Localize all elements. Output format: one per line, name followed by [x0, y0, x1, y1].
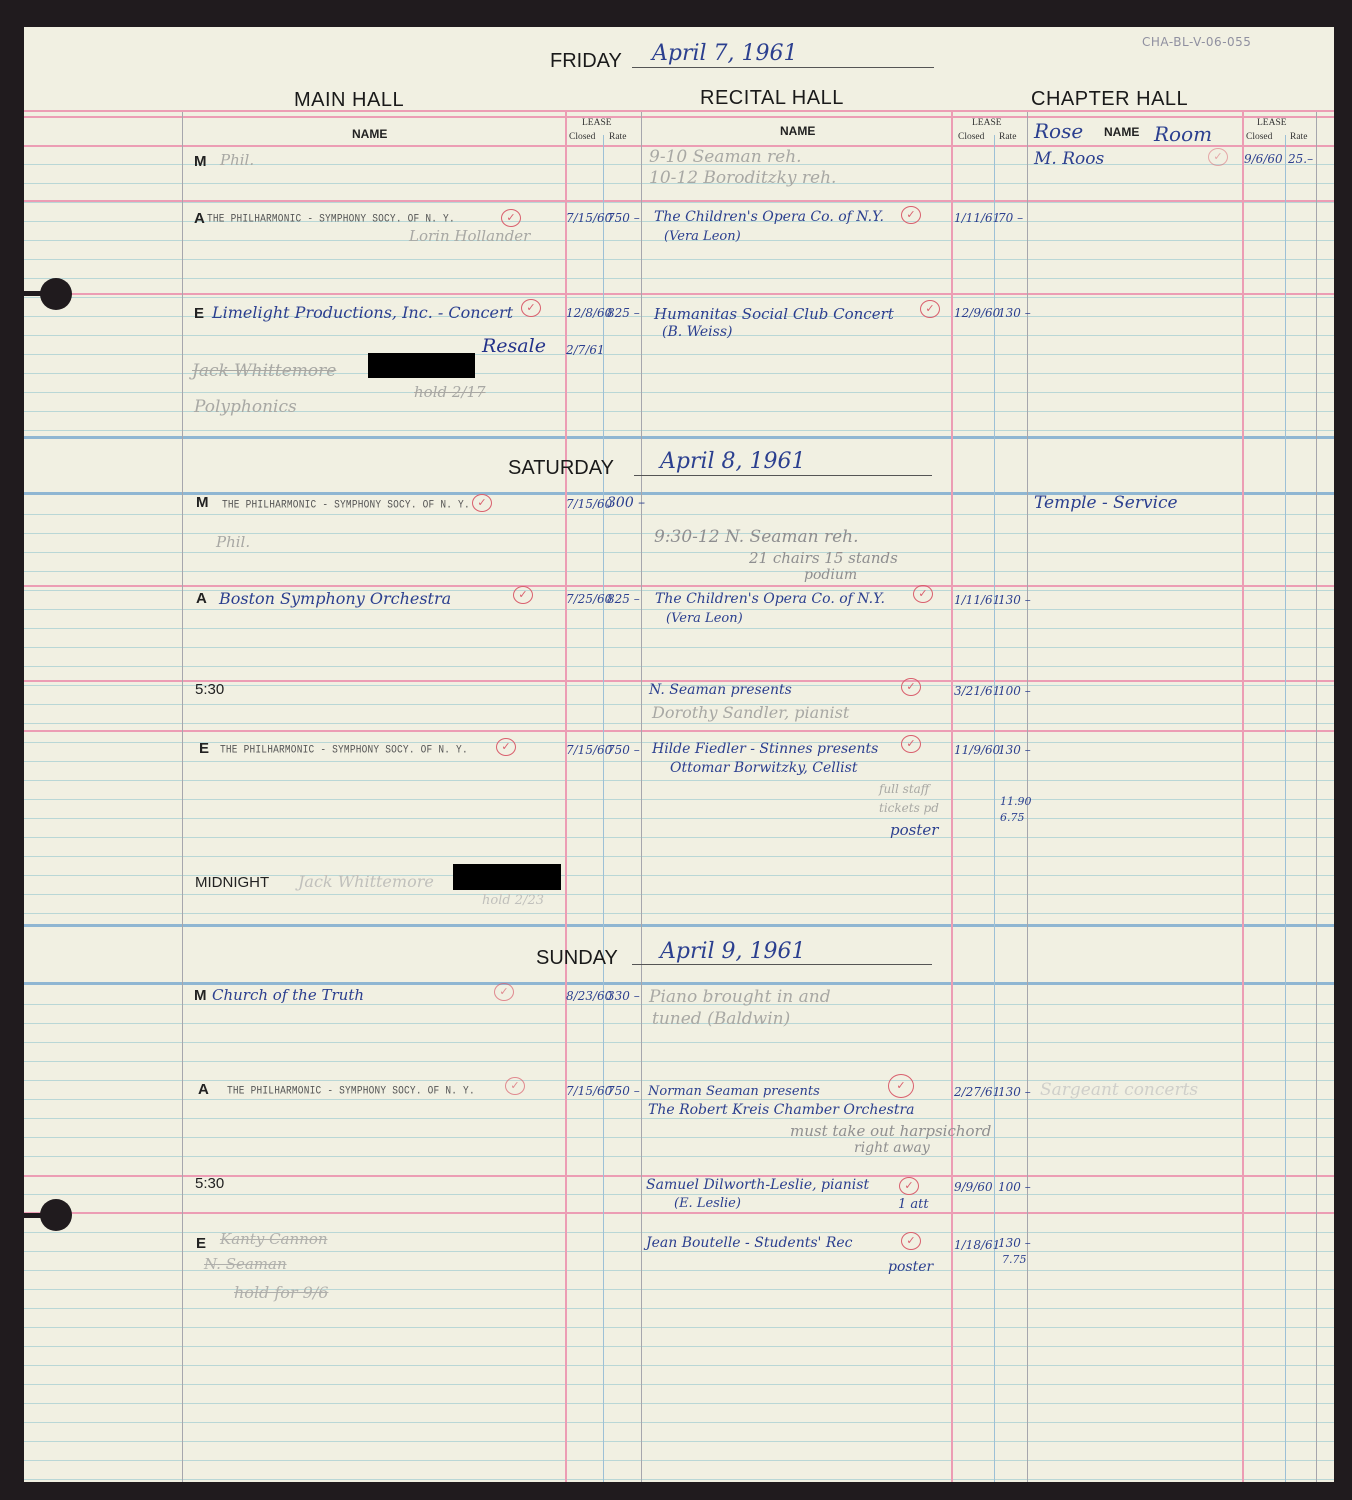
recital-entry-line: Norman Seaman presents	[648, 1084, 820, 1099]
main-rate: 750 –	[607, 211, 640, 225]
check-mark-icon: ✓	[496, 738, 516, 756]
check-mark-icon: ✓	[901, 678, 921, 696]
resale-note: Resale	[482, 335, 546, 357]
recital-hall-title: RECITAL HALL	[700, 87, 844, 110]
slot-label: M	[194, 987, 207, 1004]
recital-note: tickets pd	[879, 801, 939, 815]
check-mark-icon: ✓	[899, 1177, 919, 1195]
recital-rate-header: Rate	[999, 132, 1016, 142]
main-entry: Boston Symphony Orchestra	[219, 589, 451, 608]
slot-label: M	[196, 494, 209, 511]
check-mark-icon: ✓	[901, 735, 921, 753]
main-rate: 750 –	[607, 1084, 640, 1098]
recital-note: full staff	[879, 782, 929, 796]
chapter-closed-header: Closed	[1246, 132, 1272, 142]
slot-label: E	[196, 1235, 206, 1252]
redaction-box	[453, 864, 561, 890]
recital-closed: 1/11/61	[954, 211, 1000, 225]
day-heading-saturday: SATURDAY	[508, 457, 614, 480]
main-entry-stamp: THE PHILHARMONIC - SYMPHONY SOCY. OF N. …	[227, 1084, 475, 1097]
slot-label: E	[194, 305, 204, 322]
main-entry-note: hold 2/23	[482, 893, 544, 908]
main-closed: 7/25/60	[566, 592, 612, 606]
recital-entry-line: Humanitas Social Club Concert	[654, 305, 894, 323]
recital-entry-line: 9-10 Seaman reh.	[649, 147, 802, 167]
recital-closed: 1/11/61	[954, 593, 1000, 607]
slot-label: A	[196, 590, 207, 607]
chapter-room-prefix: Rose	[1034, 119, 1083, 143]
main-lease-header: LEASE	[582, 118, 612, 128]
recital-extra-rate: 7.75	[1002, 1253, 1027, 1266]
recital-note: poster	[888, 1259, 933, 1275]
recital-entry-line: (Vera Leon)	[666, 611, 743, 626]
main-closed: 7/15/60	[566, 743, 612, 757]
main-entry-stamp: THE PHILHARMONIC - SYMPHONY SOCY. OF N. …	[222, 498, 470, 511]
main-rate: 825 –	[607, 592, 640, 606]
recital-entry-line: Piano brought in and	[649, 987, 831, 1007]
recital-entry-line: Hilde Fiedler - Stinnes presents	[652, 741, 878, 757]
recital-closed-header: Closed	[958, 132, 984, 142]
main-rate: 330 –	[607, 989, 640, 1003]
check-mark-icon: ✓	[901, 206, 921, 224]
date-sunday: April 9, 1961	[660, 939, 806, 964]
main-entry-note: Lorin Hollander	[409, 227, 530, 245]
slot-label: MIDNIGHT	[195, 874, 269, 891]
recital-rate: 130 –	[998, 593, 1031, 607]
main-entry-stamp: THE PHILHARMONIC - SYMPHONY SOCY. OF N. …	[207, 212, 455, 225]
chapter-name-header: NAME	[1104, 125, 1139, 139]
slot-label: A	[194, 210, 205, 227]
recital-entry-line: Jean Boutelle - Students' Rec	[646, 1235, 853, 1251]
recital-entry-line: Ottomar Borwitzky, Cellist	[670, 760, 857, 776]
chapter-closed: 9/6/60	[1244, 152, 1283, 166]
recital-rate: 130 –	[998, 306, 1031, 320]
slot-label: A	[198, 1081, 209, 1098]
recital-rate: 100 –	[998, 1180, 1031, 1194]
recital-entry-line: right away	[854, 1140, 930, 1156]
recital-extra-rate: 6.75	[1000, 811, 1025, 824]
check-mark-icon: ✓	[494, 983, 514, 1001]
recital-closed: 9/9/60	[954, 1180, 993, 1194]
recital-lease-header: LEASE	[972, 118, 1002, 128]
check-mark-icon: ✓	[472, 494, 492, 512]
recital-entry-line: must take out harpsichord	[790, 1122, 991, 1140]
main-hall-title: MAIN HALL	[294, 89, 404, 112]
main-entry-stamp: THE PHILHARMONIC - SYMPHONY SOCY. OF N. …	[220, 743, 468, 756]
recital-entry-line: (E. Leslie)	[674, 1196, 741, 1211]
main-closed-header: Closed	[569, 132, 595, 142]
main-entry: Phil.	[220, 151, 254, 169]
recital-rate: 130 –	[998, 1236, 1031, 1250]
date-friday: April 7, 1961	[652, 41, 798, 66]
recital-rate: 130 –	[998, 1085, 1031, 1099]
crossed-entry: Kanty Cannon	[220, 1230, 328, 1248]
main-rate: 300 –	[607, 495, 645, 511]
slot-label: 5:30	[195, 1175, 224, 1192]
recital-entry-line: tuned (Baldwin)	[652, 1009, 790, 1029]
main-closed: 12/8/60	[566, 306, 612, 320]
recital-extra-rate: 11.90	[1000, 795, 1032, 808]
check-mark-icon: ✓	[513, 586, 533, 604]
crossed-entry: Jack Whittemore	[192, 361, 336, 381]
chapter-room-suffix: Room	[1154, 122, 1212, 146]
main-name-header: NAME	[352, 127, 387, 141]
recital-entry-line: 9:30-12 N. Seaman reh.	[654, 527, 859, 547]
main-entry: Jack Whittemore	[298, 872, 434, 891]
date-saturday: April 8, 1961	[660, 449, 806, 474]
slot-label: E	[199, 740, 209, 757]
recital-closed: 3/21/61	[954, 684, 1000, 698]
check-mark-icon: ✓	[920, 300, 940, 318]
main-entry: Limelight Productions, Inc. - Concert	[212, 303, 513, 322]
crossed-entry: N. Seaman	[204, 1255, 287, 1273]
binder-hole	[40, 278, 72, 310]
recital-closed: 11/9/60	[954, 743, 1000, 757]
chapter-rate-header: Rate	[1290, 132, 1307, 142]
recital-entry-line: 21 chairs 15 stands	[749, 549, 898, 567]
main-closed: 7/15/60	[566, 497, 612, 511]
main-entry-note: Phil.	[216, 533, 250, 551]
main-rate: 750 –	[607, 743, 640, 757]
recital-rate: 130 –	[998, 743, 1031, 757]
recital-entry-line: N. Seaman presents	[649, 682, 792, 698]
main-entry-extra: Polyphonics	[194, 397, 297, 417]
recital-rate: 70 –	[998, 211, 1023, 225]
check-mark-icon: ✓	[888, 1074, 914, 1098]
recital-entry-line: Samuel Dilworth-Leslie, pianist	[646, 1177, 869, 1193]
ledger-page: CHA-BL-V-06-055 MAIN HALL RECITAL HALL C…	[24, 27, 1334, 1482]
chapter-hall-title: CHAPTER HALL	[1031, 88, 1188, 111]
chapter-entry: M. Roos	[1034, 149, 1104, 169]
recital-entry-line: 10-12 Boroditzky reh.	[649, 168, 836, 188]
recital-name-header: NAME	[780, 124, 815, 138]
main-rate: 825 –	[607, 306, 640, 320]
recital-closed: 12/9/60	[954, 306, 1000, 320]
main-rate-header: Rate	[609, 132, 626, 142]
recital-entry-line: The Children's Opera Co. of N.Y.	[655, 591, 885, 607]
day-heading-friday: FRIDAY	[550, 50, 622, 73]
check-mark-icon: ✓	[521, 299, 541, 317]
recital-entry-line: The Robert Kreis Chamber Orchestra	[648, 1102, 915, 1118]
crossed-hold-note: hold 2/17	[414, 383, 486, 401]
recital-entry-line: Dorothy Sandler, pianist	[652, 703, 849, 722]
recital-note: 1 att	[898, 1197, 929, 1212]
check-mark-icon: ✓	[913, 585, 933, 603]
redaction-box	[368, 353, 475, 378]
recital-entry-line: (Vera Leon)	[664, 229, 741, 244]
document-id: CHA-BL-V-06-055	[1142, 35, 1251, 49]
check-mark-icon: ✓	[1208, 148, 1228, 166]
recital-closed: 2/27/61	[954, 1085, 1000, 1099]
recital-closed: 1/18/61	[954, 1238, 1000, 1252]
binder-hole	[40, 1199, 72, 1231]
recital-note: poster	[890, 821, 938, 839]
check-mark-icon: ✓	[505, 1077, 525, 1095]
chapter-lease-header: LEASE	[1257, 118, 1287, 128]
main-closed: 7/15/60	[566, 211, 612, 225]
recital-entry-line: The Children's Opera Co. of N.Y.	[654, 209, 884, 225]
recital-entry-line: podium	[804, 567, 857, 583]
recital-rate: 100 –	[998, 684, 1031, 698]
slot-label: 5:30	[195, 681, 224, 698]
chapter-entry: Sargeant concerts	[1040, 1080, 1198, 1100]
slot-label: M	[194, 153, 207, 170]
crossed-hold-note: hold for 9/6	[234, 1283, 328, 1302]
main-closed: 7/15/60	[566, 1084, 612, 1098]
check-mark-icon: ✓	[901, 1232, 921, 1250]
chapter-entry: Temple - Service	[1034, 493, 1178, 513]
main-closed: 8/23/60	[566, 989, 612, 1003]
chapter-rate: 25.–	[1288, 152, 1313, 166]
recital-entry-line: (B. Weiss)	[662, 324, 733, 340]
check-mark-icon: ✓	[501, 209, 521, 227]
day-heading-sunday: SUNDAY	[536, 947, 618, 970]
resale-date: 2/7/61	[566, 343, 605, 357]
main-entry: Church of the Truth	[212, 986, 364, 1004]
